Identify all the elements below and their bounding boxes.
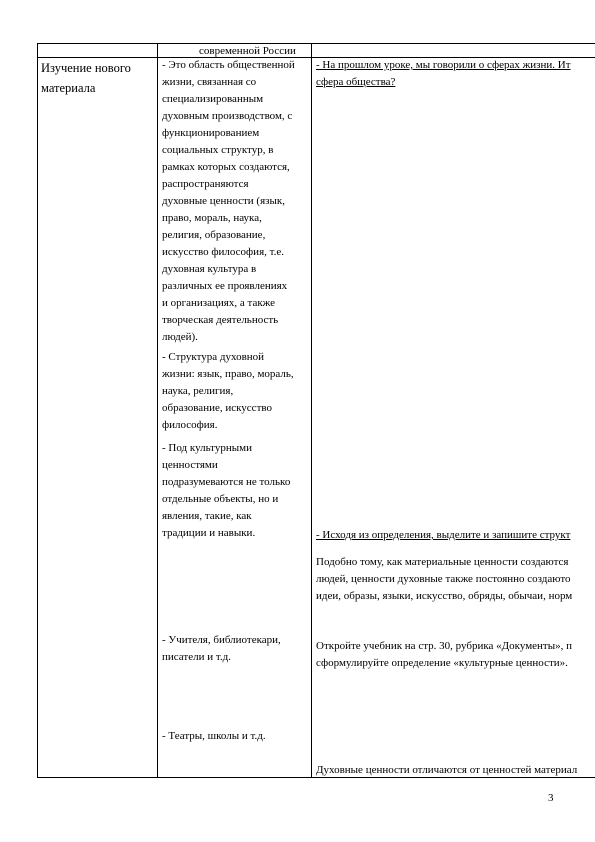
question-line: - Исходя из определения, выделите и запи… [316,527,570,544]
column-divider [157,44,158,777]
answer-line: наука, религия, [162,383,233,400]
answer-line: искусство философия, т.е. [162,244,284,261]
answer-line: подразумеваются не только [162,474,290,491]
answer-line: - Структура духовной [162,349,264,366]
answer-line: отдельные объекты, но и [162,491,278,508]
answer-line: - Под культурными [162,440,252,457]
answer-line: явления, такие, как [162,508,252,525]
answer-line: творческая деятельность [162,312,278,329]
answer-line: духовные ценности (язык, [162,193,285,210]
answer-line: и организациях, а также [162,295,275,312]
paragraph-line: Духовные ценности отличаются от ценносте… [316,762,577,779]
answer-line: - Это область общественной [162,57,295,74]
paragraph-line: сформулируйте определение «культурные це… [316,655,568,672]
document-page: современной России Изучение нового матер… [0,0,595,842]
answer-line: социальных структур, в [162,142,273,159]
section-title-line2: материала [41,78,95,98]
answer-line: жизни: язык, право, мораль, [162,366,294,383]
answer-line: - Театры, школы и т.д. [162,728,266,745]
paragraph-line: идеи, образы, языки, искусство, обряды, … [316,588,572,605]
answer-line: распространяются [162,176,249,193]
paragraph-line: людей, ценности духовные также постоянно… [316,571,571,588]
answer-line: - Учителя, библиотекари, [162,632,281,649]
answer-line: писатели и т.д. [162,649,231,666]
column-divider [311,44,312,777]
answer-line: философия. [162,417,217,434]
answer-line: специализированным [162,91,263,108]
answer-line: рамках которых создаются, [162,159,290,176]
question-line: - На прошлом уроке, мы говорили о сферах… [316,57,571,74]
answer-line: право, мораль, наука, [162,210,262,227]
answer-line: людей). [162,329,198,346]
question-line: сфера общества? [316,74,395,91]
paragraph-line: Подобно тому, как материальные ценности … [316,554,568,571]
answer-line: различных ее проявлениях [162,278,287,295]
answer-line: духовным производством, с [162,108,292,125]
page-number: 3 [548,792,554,804]
answer-line: традиции и навыки. [162,525,255,542]
answer-line: духовная культура в [162,261,256,278]
answer-line: образование, искусство [162,400,272,417]
section-title-line1: Изучение нового [41,58,131,78]
paragraph-line: Откройте учебник на стр. 30, рубрика «До… [316,638,572,655]
answer-line: ценностями [162,457,218,474]
answer-line: религия, образование, [162,227,265,244]
answer-line: функционированием [162,125,259,142]
answer-line: жизни, связанная со [162,74,256,91]
